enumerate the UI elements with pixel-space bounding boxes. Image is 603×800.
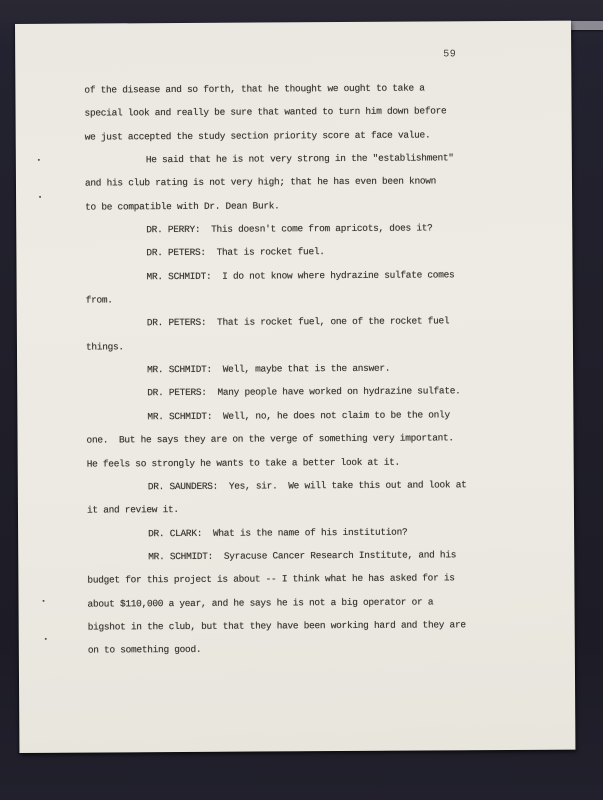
transcript-line: DR. PERRY: This doesn't come from aprico…	[85, 216, 555, 242]
page-number: 59	[443, 49, 456, 60]
transcript-line: MR. SCHMIDT: Well, no, he does not claim…	[86, 403, 556, 429]
transcript-line: of the disease and so forth, that he tho…	[84, 76, 554, 102]
transcript-line: from.	[86, 286, 556, 312]
transcript-line: DR. CLARK: What is the name of his insti…	[87, 519, 557, 545]
ink-speck	[45, 638, 47, 640]
transcript-line: on to something good.	[88, 636, 558, 662]
ink-speck	[38, 159, 40, 161]
transcript-line: we just accepted the study section prior…	[85, 122, 555, 148]
adjacent-page-edge	[569, 21, 603, 30]
transcript-line: budget for this project is about -- I th…	[87, 566, 557, 592]
transcript-line: DR. PETERS: Many people have worked on h…	[86, 379, 556, 405]
transcript-line: things.	[86, 332, 556, 358]
transcript-line: one. But he says they are on the verge o…	[86, 426, 556, 452]
ink-speck	[39, 196, 41, 198]
transcript-line: about $110,000 a year, and he says he is…	[87, 589, 557, 615]
transcript-line: to be compatible with Dr. Dean Burk.	[85, 192, 555, 218]
transcript-line: MR. SCHMIDT: I do not know where hydrazi…	[85, 262, 555, 288]
transcript-line: He said that he is not very strong in th…	[85, 146, 555, 172]
scanned-document-page: 59 of the disease and so forth, that he …	[15, 21, 575, 753]
transcript-line: bigshot in the club, but that they have …	[88, 613, 558, 639]
transcript-line: He feels so strongly he wants to take a …	[87, 449, 557, 475]
transcript-line: DR. PETERS: That is rocket fuel.	[85, 239, 555, 265]
transcript-line: it and review it.	[87, 496, 557, 522]
ink-speck	[43, 600, 45, 602]
transcript-line: DR. PETERS: That is rocket fuel, one of …	[86, 309, 556, 335]
transcript-line: MR. SCHMIDT: Well, maybe that is the ans…	[86, 356, 556, 382]
transcript-text-block: of the disease and so forth, that he tho…	[84, 76, 558, 662]
transcript-line: MR. SCHMIDT: Syracuse Cancer Research In…	[87, 543, 557, 569]
transcript-line: DR. SAUNDERS: Yes, sir. We will take thi…	[87, 473, 557, 499]
transcript-line: and his club rating is not very high; th…	[85, 169, 555, 195]
transcript-line: special look and really be sure that wan…	[84, 99, 554, 125]
